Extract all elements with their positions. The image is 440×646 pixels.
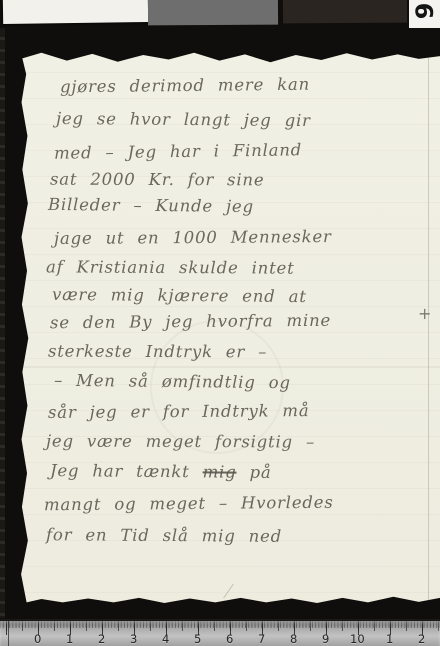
- ruler-number: 1: [66, 632, 73, 646]
- struck-through-word: mig: [203, 462, 237, 481]
- horizontal-crease: [16, 366, 440, 368]
- handwritten-line: – Men så ømfindtlig og: [54, 371, 291, 392]
- frame-number-text: 6: [409, 3, 437, 20]
- handwritten-line: af Kristiania skulde intet: [46, 257, 295, 277]
- handwritten-line: sat 2000 Kr. for sine: [50, 170, 264, 190]
- handwritten-line: med – Jeg har i Finland: [54, 140, 302, 162]
- letter-paper: + gjøres derimod mere kan jeg se hvor la…: [16, 46, 440, 608]
- calibration-white-card: [3, 0, 148, 24]
- vertical-crease: [428, 54, 429, 602]
- handwritten-line: sterkeste Indtryk er –: [48, 342, 267, 362]
- ruler-number: 6: [226, 632, 233, 646]
- handwritten-line: Jeg har tænkt mig på: [50, 461, 272, 482]
- ruler-number: 10: [350, 632, 365, 646]
- ruler-number: 2: [418, 632, 425, 646]
- handwritten-word: Jeg har tænkt: [50, 461, 203, 481]
- handwritten-line: være mig kjærere end at: [52, 285, 307, 306]
- ruler-number: 1: [386, 632, 393, 646]
- handwritten-line: Billeder – Kunde jeg: [48, 195, 254, 216]
- ruler-end-edge: [8, 621, 9, 646]
- handwritten-line: jeg være meget forsigtig –: [46, 432, 315, 452]
- ruler-number: 5: [194, 632, 201, 646]
- calibration-dark-patch: [283, 0, 407, 23]
- ruler-number: 8: [290, 632, 297, 646]
- handwritten-line: for en Tid slå mig ned: [46, 525, 282, 546]
- frame-number-label: 6: [409, 0, 440, 28]
- handwritten-line: se den By jeg hvorfra mine: [50, 311, 331, 332]
- stray-pencil-mark: [223, 584, 248, 598]
- handwritten-word: på: [236, 463, 271, 482]
- ruler-number: 3: [130, 632, 137, 646]
- ruler-number: 9: [322, 632, 329, 646]
- ruler-number: 2: [98, 632, 105, 646]
- film-edge-strip: [0, 28, 5, 618]
- handwritten-line: gjøres derimod mere kan: [60, 75, 310, 97]
- centimetre-ruler: 0 1 2 3 4 5 6 7 8 9 10 1 2: [0, 619, 440, 646]
- handwritten-line: sår jeg er for Indtryk må: [48, 401, 310, 422]
- calibration-gray-patch: [148, 0, 278, 25]
- handwritten-line: mangt og meget – Hvorledes: [44, 493, 334, 515]
- ruler-number: 0: [34, 632, 41, 646]
- scanned-letter-photograph: 6 + gjøres derimod mere kan jeg se hvor …: [0, 0, 440, 646]
- ruler-number: 7: [258, 632, 265, 646]
- registration-cross-mark: +: [418, 304, 431, 323]
- handwritten-line: jage ut en 1000 Mennesker: [54, 227, 332, 248]
- ruler-number: 4: [162, 632, 169, 646]
- handwritten-line: jeg se hvor langt jeg gir: [56, 109, 311, 130]
